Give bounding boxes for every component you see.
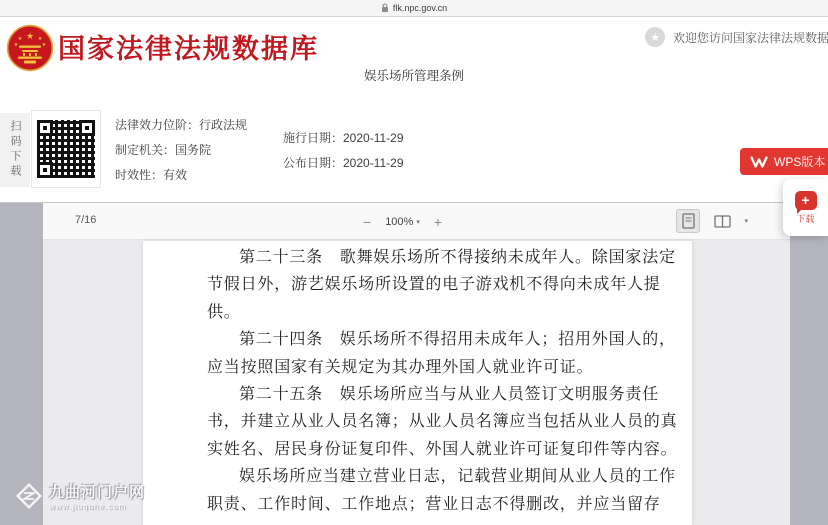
welcome-area: ★ 欢迎您访问国家法律法规数据库 <box>645 27 828 47</box>
zoom-level-value: 100% <box>385 216 413 228</box>
plus-icon: + <box>801 193 809 207</box>
lock-icon <box>381 3 389 13</box>
svg-text:★: ★ <box>42 42 47 48</box>
download-bubble-icon: + <box>795 191 817 210</box>
view-options-chevron-icon[interactable]: ▾ <box>744 217 748 225</box>
qr-finder-pattern <box>37 120 53 136</box>
document-page-title: 娱乐场所管理条例 <box>0 66 828 84</box>
metadata-column-right: 施行日期：2020-11-29 公布日期：2020-11-29 <box>283 126 404 176</box>
qr-finder-pattern <box>37 162 53 178</box>
site-title: 国家法律法规数据库 <box>58 27 319 66</box>
qr-code-box <box>31 110 101 188</box>
wps-button-label: WPS版本 <box>774 153 825 170</box>
document-text: 第二十三条 歌舞娱乐场所不得接纳未成年人。除国家法定 节假日外，游艺娱乐场所设置… <box>207 243 689 517</box>
scan-download-tab[interactable]: 扫码下载 <box>0 113 30 187</box>
two-page-view-button[interactable] <box>710 209 734 233</box>
chevron-down-icon: ▾ <box>416 218 420 226</box>
user-star-icon[interactable]: ★ <box>645 27 665 47</box>
doc-line: 应当按照国家有关规定为其办理外国人就业许可证。 <box>207 353 689 380</box>
doc-line: 书，并建立从业人员名簿；从业人员名簿应当包括从业人员的真 <box>207 407 689 434</box>
svg-text:★: ★ <box>18 36 23 42</box>
welcome-text: 欢迎您访问国家法律法规数据库 <box>673 29 828 46</box>
pdf-toolbar: 7/16 − 100% ▾ + <box>43 203 790 240</box>
meta-validity: 时效性：有效 <box>115 163 247 188</box>
single-page-view-button[interactable] <box>676 209 700 233</box>
doc-line: 供。 <box>207 298 689 325</box>
doc-line: 第二十五条 娱乐场所应当与从业人员签订文明服务责任 <box>207 380 689 407</box>
svg-text:★: ★ <box>26 31 34 41</box>
wps-version-button[interactable]: WPS版本 <box>740 148 828 175</box>
page-indicator: 7/16 <box>75 214 96 226</box>
meta-effective-date: 施行日期：2020-11-29 <box>283 126 404 151</box>
meta-legal-rank: 法律效力位阶：行政法规 <box>115 113 247 138</box>
meta-publish-date: 公布日期：2020-11-29 <box>283 151 404 176</box>
national-emblem-logo: ★ ★ ★ ★ ★ <box>6 24 54 72</box>
zoom-in-button[interactable]: + <box>434 215 442 229</box>
svg-text:★: ★ <box>14 42 19 48</box>
pdf-viewer-region: 7/16 − 100% ▾ + <box>0 202 828 525</box>
browser-address-bar[interactable]: flk.npc.gov.cn <box>0 0 828 17</box>
qr-finder-pattern <box>79 120 95 136</box>
site-header: ★ ★ ★ ★ ★ 国家法律法规数据库 ★ 欢迎您访问国家法律法规数据库 娱乐场… <box>0 17 828 103</box>
doc-line: 娱乐场所应当建立营业日志，记载营业期间从业人员的工作 <box>207 462 689 489</box>
wps-logo-icon <box>750 155 768 169</box>
single-page-icon <box>682 213 695 229</box>
meta-issuing-authority: 制定机关：国务院 <box>115 138 247 163</box>
qr-code <box>37 120 95 178</box>
pdf-frame: 7/16 − 100% ▾ + <box>43 203 790 525</box>
pdf-page[interactable]: 第二十三条 歌舞娱乐场所不得接纳未成年人。除国家法定 节假日外，游艺娱乐场所设置… <box>143 241 692 525</box>
doc-line: 节假日外，游艺娱乐场所设置的电子游戏机不得向未成年人提 <box>207 270 689 297</box>
zoom-out-button[interactable]: − <box>363 215 371 229</box>
doc-line: 职责、工作时间、工作地点；营业日志不得删改，并应当留存 <box>207 490 689 517</box>
doc-line: 第二十三条 歌舞娱乐场所不得接纳未成年人。除国家法定 <box>207 243 689 270</box>
doc-line: 第二十四条 娱乐场所不得招用未成年人；招用外国人的， <box>207 325 689 352</box>
scan-download-label: 扫码下载 <box>7 120 23 180</box>
zoom-level-dropdown[interactable]: 100% ▾ <box>385 216 420 228</box>
metadata-panel: 扫码下载 法律效力位阶：行政法规 制定机关：国务院 时效性：有效 施行日期：20… <box>0 103 828 202</box>
address-url[interactable]: flk.npc.gov.cn <box>393 3 447 13</box>
download-float-button[interactable]: + 下载 <box>783 179 828 236</box>
view-mode-icons: ▾ <box>676 209 748 233</box>
doc-line: 实姓名、居民身份证复印件、外国人就业许可证复印件等内容。 <box>207 435 689 462</box>
metadata-column-left: 法律效力位阶：行政法规 制定机关：国务院 时效性：有效 <box>115 113 247 188</box>
book-spread-icon <box>714 215 731 228</box>
zoom-controls: − 100% ▾ + <box>363 203 442 240</box>
